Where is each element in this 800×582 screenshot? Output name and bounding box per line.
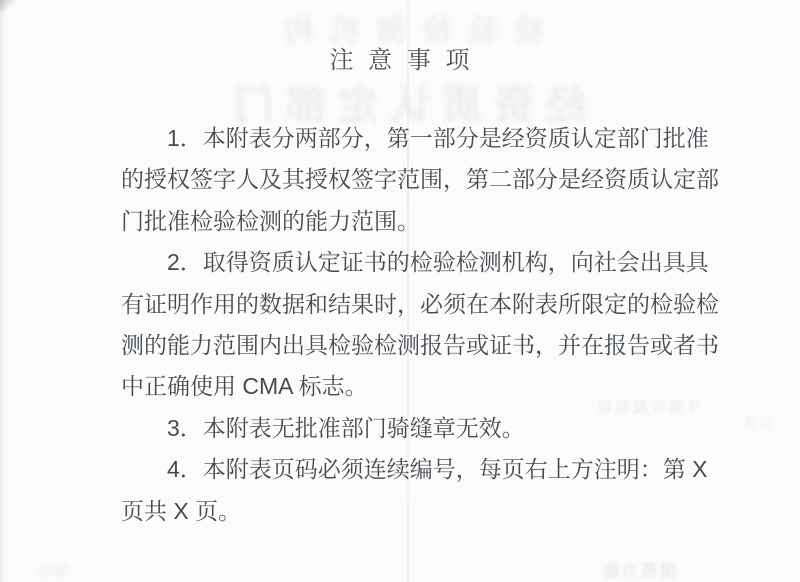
scan-corner-artifact xyxy=(0,0,16,12)
notice-line: 3．本附表无批准部门骑缝章无效。 xyxy=(121,408,699,449)
notice-line: 门批准检验检测的能力范围。 xyxy=(121,201,699,242)
notice-line: 的授权签字人及其授权签字范围，第二部分是经资质认定部 xyxy=(121,159,699,200)
notice-line: 页共 X 页。 xyxy=(121,491,699,532)
bleedthrough-text-right-edge: 页第 xyxy=(742,413,772,432)
notice-line: 4．本附表页码必须连续编号，每页右上方注明：第 X xyxy=(121,449,699,490)
notice-line: 中正确使用 CMA 标志。 xyxy=(121,366,699,407)
bleedthrough-text-bottom-right: 围范力能 xyxy=(600,558,676,581)
notice-line: 测的能力范围内出具检验检测报告或证书，并在报告或者书 xyxy=(121,325,699,366)
scanned-document-page: 检验检测机构 经资质认定部门 号编告报验检 页第 围范力能 章印 注 意 事 项… xyxy=(0,0,800,582)
notice-line: 2．取得资质认定证书的检验检测机构，向社会出具具 xyxy=(121,242,699,283)
notice-line: 有证明作用的数据和结果时，必须在本附表所限定的检验检 xyxy=(121,284,699,325)
scan-left-edge-shading xyxy=(0,0,6,582)
page-title: 注 意 事 项 xyxy=(0,40,800,75)
notice-body: 1．本附表分两部分，第一部分是经资质认定部门批准 的授权签字人及其授权签字范围，… xyxy=(121,118,699,532)
bleedthrough-text-bottom-left: 章印 xyxy=(36,562,68,582)
notice-line: 1．本附表分两部分，第一部分是经资质认定部门批准 xyxy=(121,118,699,159)
